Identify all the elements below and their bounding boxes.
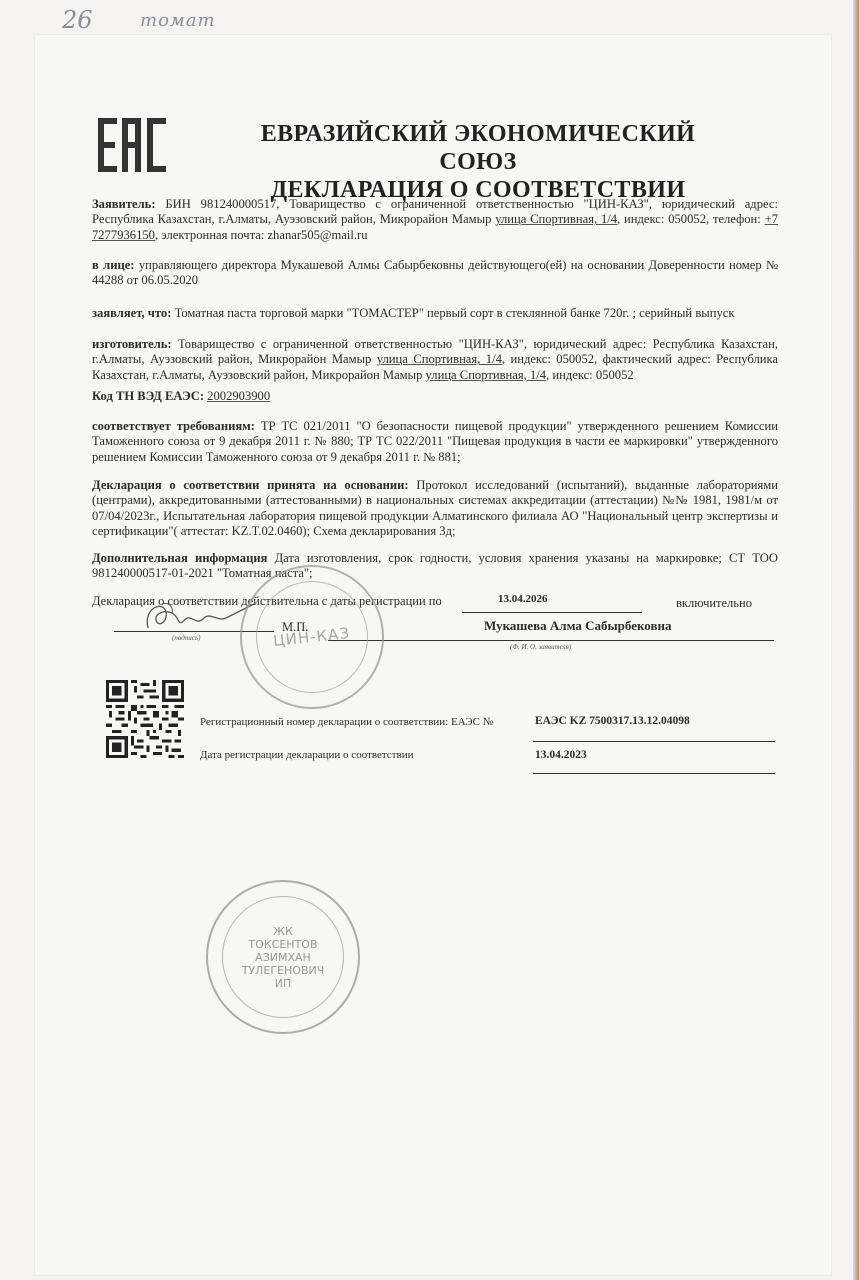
registration-date: 13.04.2023 (535, 749, 587, 761)
basis-section: Декларация о соответствии принята на осн… (92, 478, 778, 540)
additional-info-section: Дополнительная информация Дата изготовле… (92, 551, 778, 582)
requirements-label: соответствует требованиям: (92, 419, 255, 433)
applicant-street: улица Спортивная, 1/4 (495, 212, 617, 226)
document-title: ЕВРАЗИЙСКИЙ ЭКОНОМИЧЕСКИЙ СОЮЗ ДЕКЛАРАЦИ… (228, 120, 728, 204)
applicant-name: Мукашева Алма Сабырбековна (484, 618, 671, 634)
stamp-line-3: АЗИМХАН (242, 951, 325, 964)
validity-date-line (462, 612, 642, 613)
representative-section: в лице: управляющего директора Мукашевой… (92, 258, 778, 289)
applicant-section: Заявитель: БИН 981240000517, Товариществ… (92, 197, 778, 243)
title-union: ЕВРАЗИЙСКИЙ ЭКОНОМИЧЕСКИЙ СОЮЗ (228, 120, 728, 176)
manufacturer-street: улица Спортивная, 1/4 (377, 352, 502, 366)
applicant-name-caption: (Ф. И. О. заявителя) (510, 643, 571, 651)
registration-number-line (533, 741, 775, 742)
manufacturer-street-2: улица Спортивная, 1/4 (426, 368, 547, 382)
entrepreneur-stamp-text: ЖК ТОКСЕНТОВ АЗИМХАН ТУЛЕГЕНОВИЧ ИП (242, 925, 325, 990)
stamp-line-4: ТУЛЕГЕНОВИЧ (242, 964, 325, 977)
entrepreneur-stamp: ЖК ТОКСЕНТОВ АЗИМХАН ТУЛЕГЕНОВИЧ ИП (206, 880, 360, 1034)
manufacturer-section: изготовитель: Товарищество с ограниченно… (92, 337, 778, 383)
company-stamp-text: ЦИН-КАЗ (273, 624, 352, 650)
tnved-section: Код ТН ВЭД ЕАЭС: 2002903900 (92, 389, 778, 404)
product-description: Томатная паста торговой марки "ТОМАСТЕР"… (171, 306, 734, 320)
requirements-section: соответствует требованиям: ТР ТС 021/201… (92, 419, 778, 465)
eac-logo-icon (98, 118, 166, 172)
handwritten-number: 26 (62, 6, 93, 34)
registration-number: ЕАЭС KZ 7500317.13.12.04098 (535, 715, 690, 727)
registration-number-label: Регистрационный номер декларации о соотв… (200, 716, 493, 728)
stamp-line-5: ИП (242, 977, 325, 990)
manufacturer-label: изготовитель: (92, 337, 172, 351)
handwritten-note: томат (140, 10, 216, 31)
validity-suffix: включительно (676, 596, 752, 611)
registration-date-line (533, 773, 775, 774)
registration-date-label: Дата регистрации декларации о соответств… (200, 749, 413, 761)
applicant-label: Заявитель: (92, 197, 156, 211)
stamp-line-1: ЖК (242, 925, 325, 938)
tnved-code: 2002903900 (207, 389, 270, 403)
additional-label: Дополнительная информация (92, 551, 267, 565)
applicant-name-line (328, 640, 774, 641)
stamp-line-2: ТОКСЕНТОВ (242, 938, 325, 951)
qr-code-icon (106, 680, 184, 758)
company-stamp: ЦИН-КАЗ (240, 565, 384, 709)
photo-edge (853, 0, 859, 1280)
representative-text: управляющего директора Мукашевой Алмы Са… (92, 258, 778, 287)
basis-label: Декларация о соответствии принята на осн… (92, 478, 409, 492)
declares-section: заявляет, что: Томатная паста торговой м… (92, 306, 778, 321)
applicant-text-2: , индекс: 050052, телефон: (617, 212, 765, 226)
signature-caption: (подпись) (172, 634, 200, 642)
validity-date: 13.04.2026 (498, 593, 548, 605)
manufacturer-text-3: , индекс: 050052 (546, 368, 634, 382)
declares-label: заявляет, что: (92, 306, 171, 320)
tnved-label: Код ТН ВЭД ЕАЭС: (92, 389, 204, 403)
representative-label: в лице: (92, 258, 135, 272)
applicant-email: , электронная почта: zhanar505@mail.ru (155, 228, 368, 242)
